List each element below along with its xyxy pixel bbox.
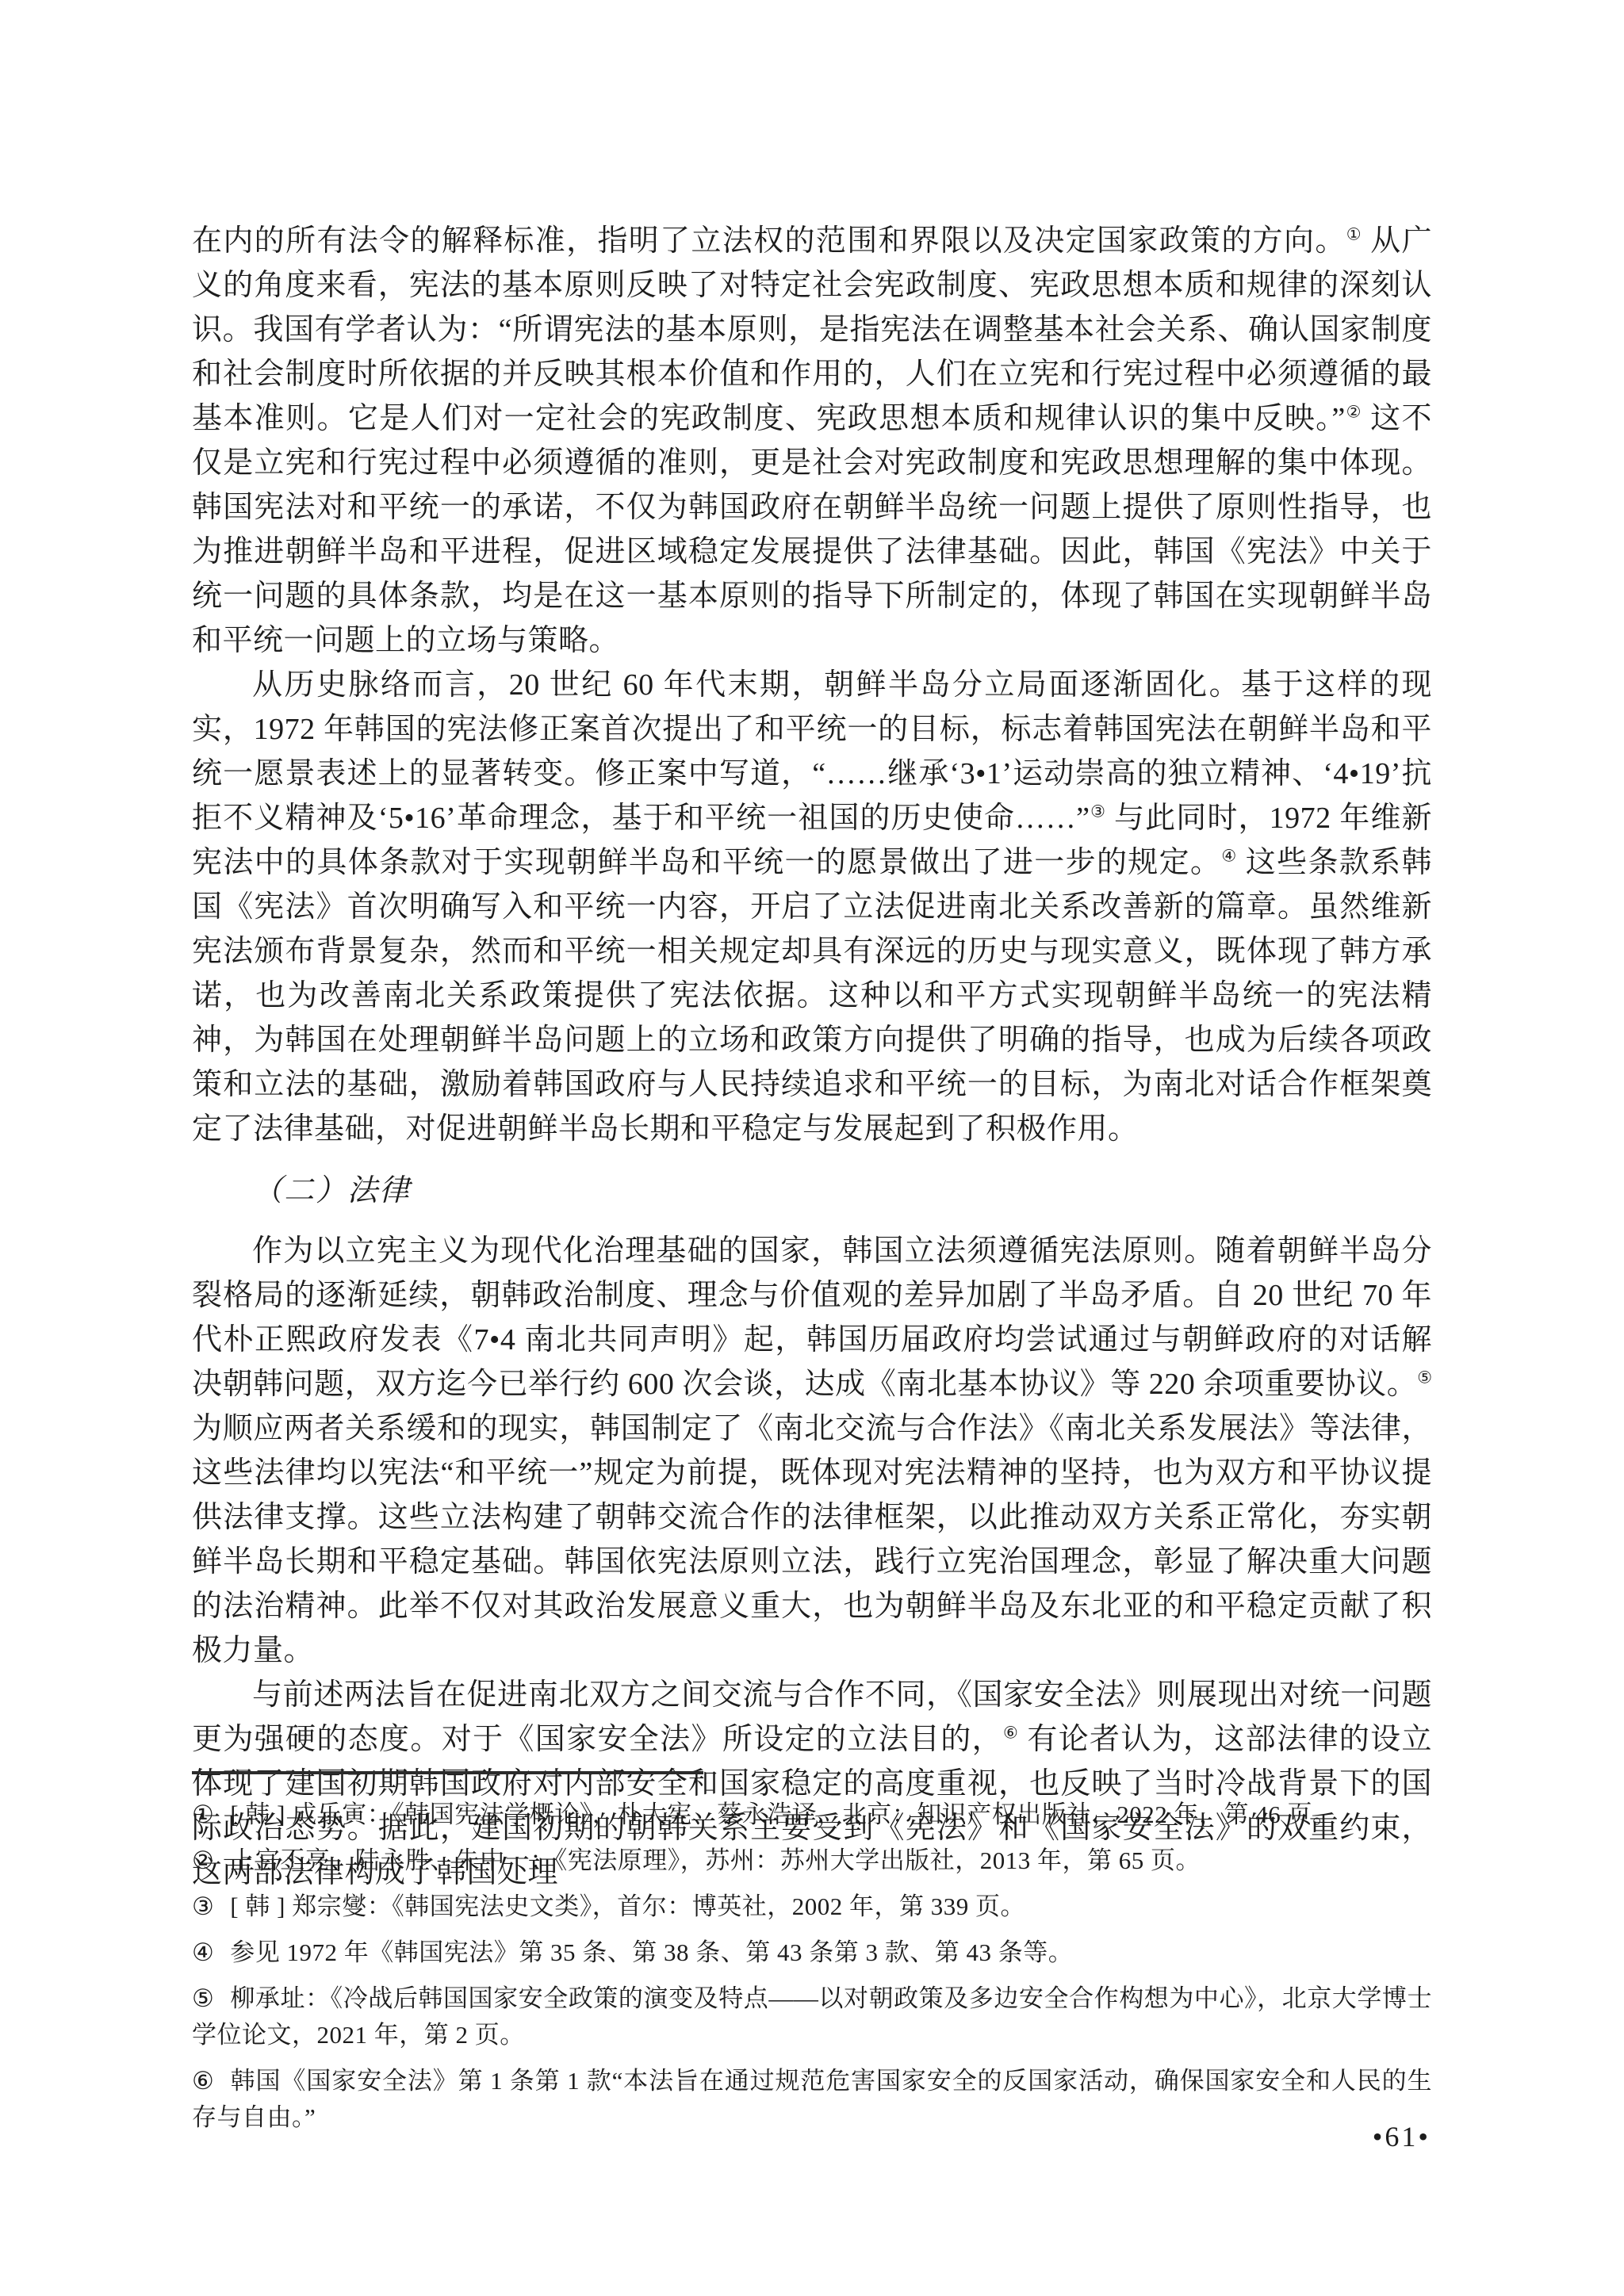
footnote-item: ④参见 1972 年《韩国宪法》第 35 条、第 38 条、第 43 条第 3 …	[192, 1934, 1432, 1971]
footnote-text: [ 韩 ] 成乐寅：《韩国宪法学概论》，朴大宪、蔡永浩译，北京：知识产权出版社，…	[230, 1800, 1337, 1828]
footnote-marker: ⑥	[192, 2063, 214, 2099]
footnote-ref-marker: ④	[1221, 846, 1237, 865]
page-number: •61•	[1373, 2120, 1431, 2153]
footnote-ref-marker: ⑥	[1003, 1723, 1019, 1742]
body-paragraph: 从历史脉络而言，20 世纪 60 年代末期，朝鲜半岛分立局面逐渐固化。基于这样的…	[192, 663, 1432, 1151]
body-paragraph: 在内的所有法令的解释标准，指明了立法权的范围和界限以及决定国家政策的方向。① 从…	[192, 219, 1432, 663]
footnote-ref-marker: ①	[1346, 224, 1362, 243]
footnote-text: [ 韩 ] 郑宗燮：《韩国宪法史文类》，首尔：博英社，2002 年，第 339 …	[230, 1892, 1025, 1920]
footnote-item: ①[ 韩 ] 成乐寅：《韩国宪法学概论》，朴大宪、蔡永浩译，北京：知识产权出版社…	[192, 1797, 1432, 1833]
body-paragraph: 作为以立宪主义为现代化治理基础的国家，韩国立法须遵循宪法原则。随着朝鲜半岛分裂格…	[192, 1229, 1432, 1673]
footnote-marker: ①	[192, 1797, 214, 1833]
footnote-text: 柳承址：《冷战后韩国国家安全政策的演变及特点——以对朝政策及多边安全合作构想为中…	[192, 1984, 1432, 2049]
footnote-marker: ③	[192, 1888, 214, 1925]
section-heading: （二）法律	[192, 1169, 1432, 1213]
document-page: 在内的所有法令的解释标准，指明了立法权的范围和界限以及决定国家政策的方向。① 从…	[0, 0, 1624, 2296]
footnote-text: 韩国《国家安全法》第 1 条第 1 款“本法旨在通过规范危害国家安全的反国家活动…	[192, 2067, 1432, 2131]
footnote-item: ②上官丕亮、陆永胜、朱中一：《宪法原理》，苏州：苏州大学出版社，2013 年，第…	[192, 1843, 1432, 1879]
footnote-marker: ②	[192, 1843, 214, 1879]
footnote-text: 参见 1972 年《韩国宪法》第 35 条、第 38 条、第 43 条第 3 款…	[230, 1938, 1073, 1966]
footnote-text: 上官丕亮、陆永胜、朱中一：《宪法原理》，苏州：苏州大学出版社，2013 年，第 …	[230, 1846, 1201, 1874]
footnote-ref-marker: ③	[1090, 802, 1105, 821]
footnote-separator	[192, 1771, 703, 1774]
footnote-ref-marker: ②	[1346, 402, 1362, 421]
footnote-section: ①[ 韩 ] 成乐寅：《韩国宪法学概论》，朴大宪、蔡永浩译，北京：知识产权出版社…	[192, 1771, 1432, 2145]
footnote-item: ⑥韩国《国家安全法》第 1 条第 1 款“本法旨在通过规范危害国家安全的反国家活…	[192, 2063, 1432, 2136]
footnote-list: ①[ 韩 ] 成乐寅：《韩国宪法学概论》，朴大宪、蔡永浩译，北京：知识产权出版社…	[192, 1797, 1432, 2136]
footnote-ref-marker: ⑤	[1417, 1368, 1432, 1387]
footnote-marker: ④	[192, 1934, 214, 1971]
article-body: 在内的所有法令的解释标准，指明了立法权的范围和界限以及决定国家政策的方向。① 从…	[192, 219, 1432, 1895]
footnote-item: ⑤柳承址：《冷战后韩国国家安全政策的演变及特点——以对朝政策及多边安全合作构想为…	[192, 1980, 1432, 2053]
footnote-marker: ⑤	[192, 1980, 214, 2017]
footnote-item: ③[ 韩 ] 郑宗燮：《韩国宪法史文类》，首尔：博英社，2002 年，第 339…	[192, 1888, 1432, 1925]
